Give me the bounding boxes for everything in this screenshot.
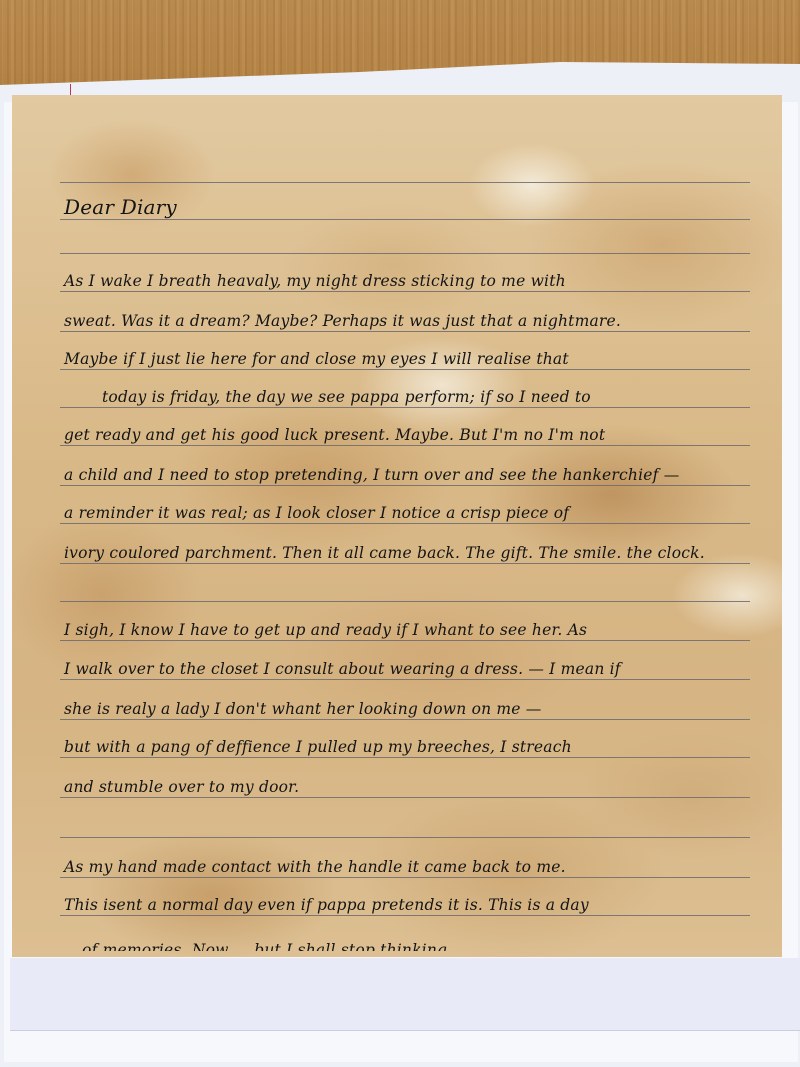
ruled-line: [60, 291, 750, 292]
ruled-line: [60, 915, 750, 916]
ruled-line: [60, 877, 750, 878]
text-line: As my hand made contact with the handle …: [64, 858, 764, 876]
ruled-line: [60, 445, 750, 446]
stained-parchment-page: Dear Diary As I wake I breath heavaly, m…: [12, 95, 782, 957]
text-line: ivory coulored parchment. Then it all ca…: [64, 544, 764, 562]
text-line: today is friday, the day we see pappa pe…: [102, 388, 800, 406]
ruled-line: [60, 219, 750, 220]
ruled-line: [60, 640, 750, 641]
ruled-line: [60, 837, 750, 838]
text-line: a reminder it was real; as I look closer…: [64, 504, 764, 522]
ruled-line: [60, 523, 750, 524]
text-line: Maybe if I just lie here for and close m…: [64, 350, 764, 368]
ruled-line: [60, 485, 750, 486]
ruled-line: [60, 563, 750, 564]
ruled-line: [60, 407, 750, 408]
text-line: I walk over to the closet I consult abou…: [64, 660, 764, 678]
text-line-cut-off: of memories. Now ... but I shall stop th…: [82, 941, 782, 951]
ruled-line: [60, 797, 750, 798]
text-line: sweat. Was it a dream? Maybe? Perhaps it…: [64, 312, 764, 330]
text-line: I sigh, I know I have to get up and read…: [64, 621, 764, 639]
ruled-line: [60, 719, 750, 720]
text-line: and stumble over to my door.: [64, 778, 764, 796]
paper-bottom-edge: [10, 958, 800, 1031]
ruled-line: [60, 601, 750, 602]
ruled-line: [60, 331, 750, 332]
text-line: a child and I need to stop pretending, I…: [64, 466, 764, 484]
text-line: she is realy a lady I don't whant her lo…: [64, 700, 764, 718]
ruled-line: [60, 182, 750, 183]
text-line: but with a pang of deffience I pulled up…: [64, 738, 764, 756]
ruled-line: [60, 253, 750, 254]
ruled-line: [60, 679, 750, 680]
ruled-line: [60, 369, 750, 370]
text-line: get ready and get his good luck present.…: [64, 426, 764, 444]
text-line: As I wake I breath heavaly, my night dre…: [64, 272, 764, 290]
diary-greeting: Dear Diary: [64, 195, 764, 219]
text-line: This isent a normal day even if pappa pr…: [64, 896, 764, 914]
ruled-line: [60, 757, 750, 758]
